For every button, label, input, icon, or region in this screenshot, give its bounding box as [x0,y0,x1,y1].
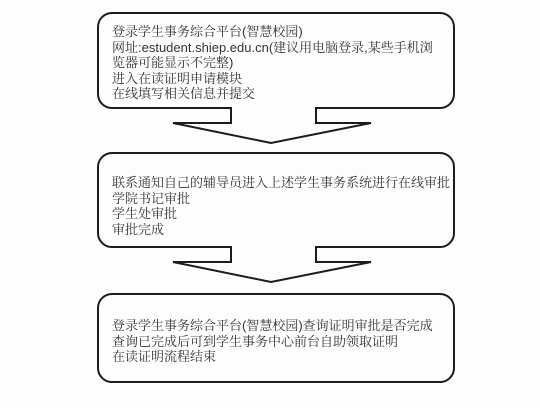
flow-step-login-and-apply: 登录学生事务综合平台(智慧校园) 网址:estudent.shiep.edu.c… [97,12,455,109]
step-text-line: 学院书记审批 [112,191,445,207]
step-text-line: 在线填写相关信息并提交 [112,86,445,102]
step-text-line: 在读证明流程结束 [112,349,445,365]
down-arrow-icon [171,246,379,286]
step-text-line: 览器可能显示不完整) [112,55,445,71]
step-text-line: 联系通知自己的辅导员进入上述学生事务系统进行在线审批 [112,175,445,191]
step-text-line: 登录学生事务综合平台(智慧校园)查询证明审批是否完成 [112,318,445,334]
step-text-line: 网址:estudent.shiep.edu.cn(建议用电脑登录,某些手机浏 [112,40,445,56]
step-text-line: 审批完成 [112,222,445,238]
flow-step-query-and-pickup: 登录学生事务综合平台(智慧校园)查询证明审批是否完成 查询已完成后可到学生事务中… [97,293,455,383]
step-text-line: 登录学生事务综合平台(智慧校园) [112,24,445,40]
step-text-line: 进入在读证明申请模块 [112,71,445,87]
flow-step-online-approval: 联系通知自己的辅导员进入上述学生事务系统进行在线审批 学院书记审批 学生处审批 … [97,152,455,248]
step-text-line: 学生处审批 [112,206,445,222]
flowchart-canvas: 登录学生事务综合平台(智慧校园) 网址:estudent.shiep.edu.c… [0,0,541,408]
step-text-line: 查询已完成后可到学生事务中心前台自助领取证明 [112,334,445,350]
down-arrow-icon [171,107,379,147]
